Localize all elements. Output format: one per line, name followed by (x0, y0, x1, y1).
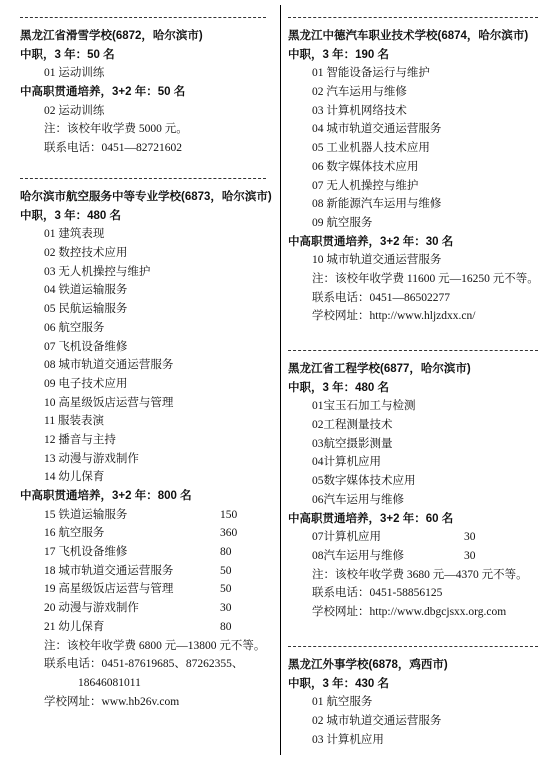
major-quota: 30 (464, 528, 476, 547)
major-item: 13 动漫与游戏制作 (20, 450, 266, 469)
major-item-with-quota: 16 航空服务 360 (20, 524, 266, 543)
major-item: 04计算机应用 (288, 453, 538, 472)
major-quota: 30 (220, 599, 232, 618)
contact-phone: 联系电话：0451—82721602 (20, 139, 266, 158)
major-item: 07 飞机设备维修 (20, 338, 266, 357)
major-item: 02工程测量技术 (288, 416, 538, 435)
tuition-note: 注：该校年收学费 11600 元—16250 元不等。 (288, 270, 538, 289)
school-block-6872: 黑龙江省滑雪学校(6872，哈尔滨市) 中职，3 年：50 名 01 运动训练 … (20, 17, 266, 158)
major-quota: 50 (220, 562, 232, 581)
major-quota: 150 (220, 506, 237, 525)
section-divider (288, 350, 538, 351)
major-item: 09 航空服务 (288, 214, 538, 233)
major-quota: 50 (220, 580, 232, 599)
school-block-6877: 黑龙江省工程学校(6877，哈尔滨市) 中职，3 年：480 名 01宝玉石加工… (288, 350, 538, 622)
major-label: 07计算机应用 (312, 531, 381, 543)
major-item: 03 计算机应用 (288, 731, 538, 750)
program-heading: 中高职贯通培养，3+2 年：60 名 (288, 510, 538, 529)
major-item: 02 数控技术应用 (20, 244, 266, 263)
school-website[interactable]: 学校网址：http://www.dbgcjsxx.org.com (288, 603, 538, 622)
school-title: 黑龙江省滑雪学校(6872，哈尔滨市) (20, 27, 266, 46)
program-heading: 中高职贯通培养，3+2 年：30 名 (288, 233, 538, 252)
major-label: 21 幼儿保育 (44, 621, 104, 633)
major-item: 06汽车运用与维修 (288, 491, 538, 510)
major-item: 03 无人机操控与维护 (20, 263, 266, 282)
major-label: 08汽车运用与维修 (312, 550, 404, 562)
major-item: 01 智能设备运行与维护 (288, 64, 538, 83)
major-item-with-quota: 19 高星级饭店运营与管理 50 (20, 580, 266, 599)
major-quota: 360 (220, 524, 237, 543)
section-divider (288, 646, 538, 647)
major-label: 18 城市轨道交通运营服务 (44, 565, 173, 577)
major-item: 09 电子技术应用 (20, 375, 266, 394)
major-item: 05数字媒体技术应用 (288, 472, 538, 491)
major-item-with-quota: 18 城市轨道交通运营服务 50 (20, 562, 266, 581)
major-label: 19 高星级饭店运营与管理 (44, 583, 173, 595)
major-item-with-quota: 08汽车运用与维修 30 (288, 547, 538, 566)
school-title: 黑龙江外事学校(6878，鸡西市) (288, 656, 538, 675)
school-block-6878: 黑龙江外事学校(6878，鸡西市) 中职，3 年：430 名 01 航空服务 0… (288, 646, 538, 749)
major-item: 08 城市轨道交通运营服务 (20, 356, 266, 375)
tuition-note: 注：该校年收学费 5000 元。 (20, 120, 266, 139)
major-quota: 80 (220, 618, 232, 637)
major-item: 11 服装表演 (20, 412, 266, 431)
major-item: 04 城市轨道交通运营服务 (288, 120, 538, 139)
contact-phone: 联系电话：0451-58856125 (288, 584, 538, 603)
contact-phone: 联系电话：0451—86502277 (288, 289, 538, 308)
school-block-6874: 黑龙江中德汽车职业技术学校(6874，哈尔滨市) 中职，3 年：190 名 01… (288, 17, 538, 326)
major-item: 01 运动训练 (20, 64, 266, 83)
program-heading: 中高职贯通培养，3+2 年：50 名 (20, 83, 266, 102)
major-label: 16 航空服务 (44, 527, 104, 539)
major-item: 07 无人机操控与维护 (288, 177, 538, 196)
major-item: 02 城市轨道交通运营服务 (288, 712, 538, 731)
program-heading: 中职，3 年：430 名 (288, 675, 538, 694)
school-title: 黑龙江中德汽车职业技术学校(6874，哈尔滨市) (288, 27, 538, 46)
major-item: 05 民航运输服务 (20, 300, 266, 319)
school-title: 黑龙江省工程学校(6877，哈尔滨市) (288, 360, 538, 379)
program-heading: 中职，3 年：480 名 (20, 207, 266, 226)
major-item: 05 工业机器人技术应用 (288, 139, 538, 158)
major-quota: 80 (220, 543, 232, 562)
school-website[interactable]: 学校网址：http://www.hljzdxx.cn/ (288, 307, 538, 326)
major-item: 03 计算机网络技术 (288, 102, 538, 121)
school-block-6873: 哈尔滨市航空服务中等专业学校(6873，哈尔滨市) 中职，3 年：480 名 0… (20, 178, 266, 711)
major-item: 01 航空服务 (288, 693, 538, 712)
major-item: 14 幼儿保育 (20, 468, 266, 487)
program-heading: 中职，3 年：190 名 (288, 46, 538, 65)
major-label: 15 铁道运输服务 (44, 509, 127, 521)
major-label: 17 飞机设备维修 (44, 546, 127, 558)
school-title: 哈尔滨市航空服务中等专业学校(6873，哈尔滨市) (20, 188, 266, 207)
major-item-with-quota: 20 动漫与游戏制作 30 (20, 599, 266, 618)
school-website[interactable]: 学校网址：www.hb26v.com (20, 693, 266, 712)
major-quota: 30 (464, 547, 476, 566)
major-item: 03航空摄影测量 (288, 435, 538, 454)
column-divider (280, 5, 281, 755)
program-heading: 中职，3 年：50 名 (20, 46, 266, 65)
major-item: 01宝玉石加工与检测 (288, 397, 538, 416)
section-divider (288, 17, 538, 18)
program-heading: 中职，3 年：480 名 (288, 379, 538, 398)
section-divider (20, 17, 266, 18)
major-item-with-quota: 21 幼儿保育 80 (20, 618, 266, 637)
major-item-with-quota: 07计算机应用 30 (288, 528, 538, 547)
major-item: 10 城市轨道交通运营服务 (288, 251, 538, 270)
major-item-with-quota: 15 铁道运输服务 150 (20, 506, 266, 525)
contact-phone-continued: 18646081011 (20, 674, 266, 693)
major-item: 12 播音与主持 (20, 431, 266, 450)
major-item: 06 航空服务 (20, 319, 266, 338)
major-item: 01 建筑表现 (20, 225, 266, 244)
major-item: 10 高星级饭店运营与管理 (20, 394, 266, 413)
section-divider (20, 178, 266, 179)
major-item: 06 数字媒体技术应用 (288, 158, 538, 177)
contact-phone: 联系电话：0451-87619685、87262355、 (20, 655, 266, 674)
major-label: 20 动漫与游戏制作 (44, 602, 139, 614)
tuition-note: 注：该校年收学费 3680 元—4370 元不等。 (288, 566, 538, 585)
tuition-note: 注：该校年收学费 6800 元—13800 元不等。 (20, 637, 266, 656)
program-heading: 中高职贯通培养，3+2 年：800 名 (20, 487, 266, 506)
major-item: 04 铁道运输服务 (20, 281, 266, 300)
major-item: 02 运动训练 (20, 102, 266, 121)
major-item-with-quota: 17 飞机设备维修 80 (20, 543, 266, 562)
major-item: 08 新能源汽车运用与维修 (288, 195, 538, 214)
major-item: 02 汽车运用与维修 (288, 83, 538, 102)
